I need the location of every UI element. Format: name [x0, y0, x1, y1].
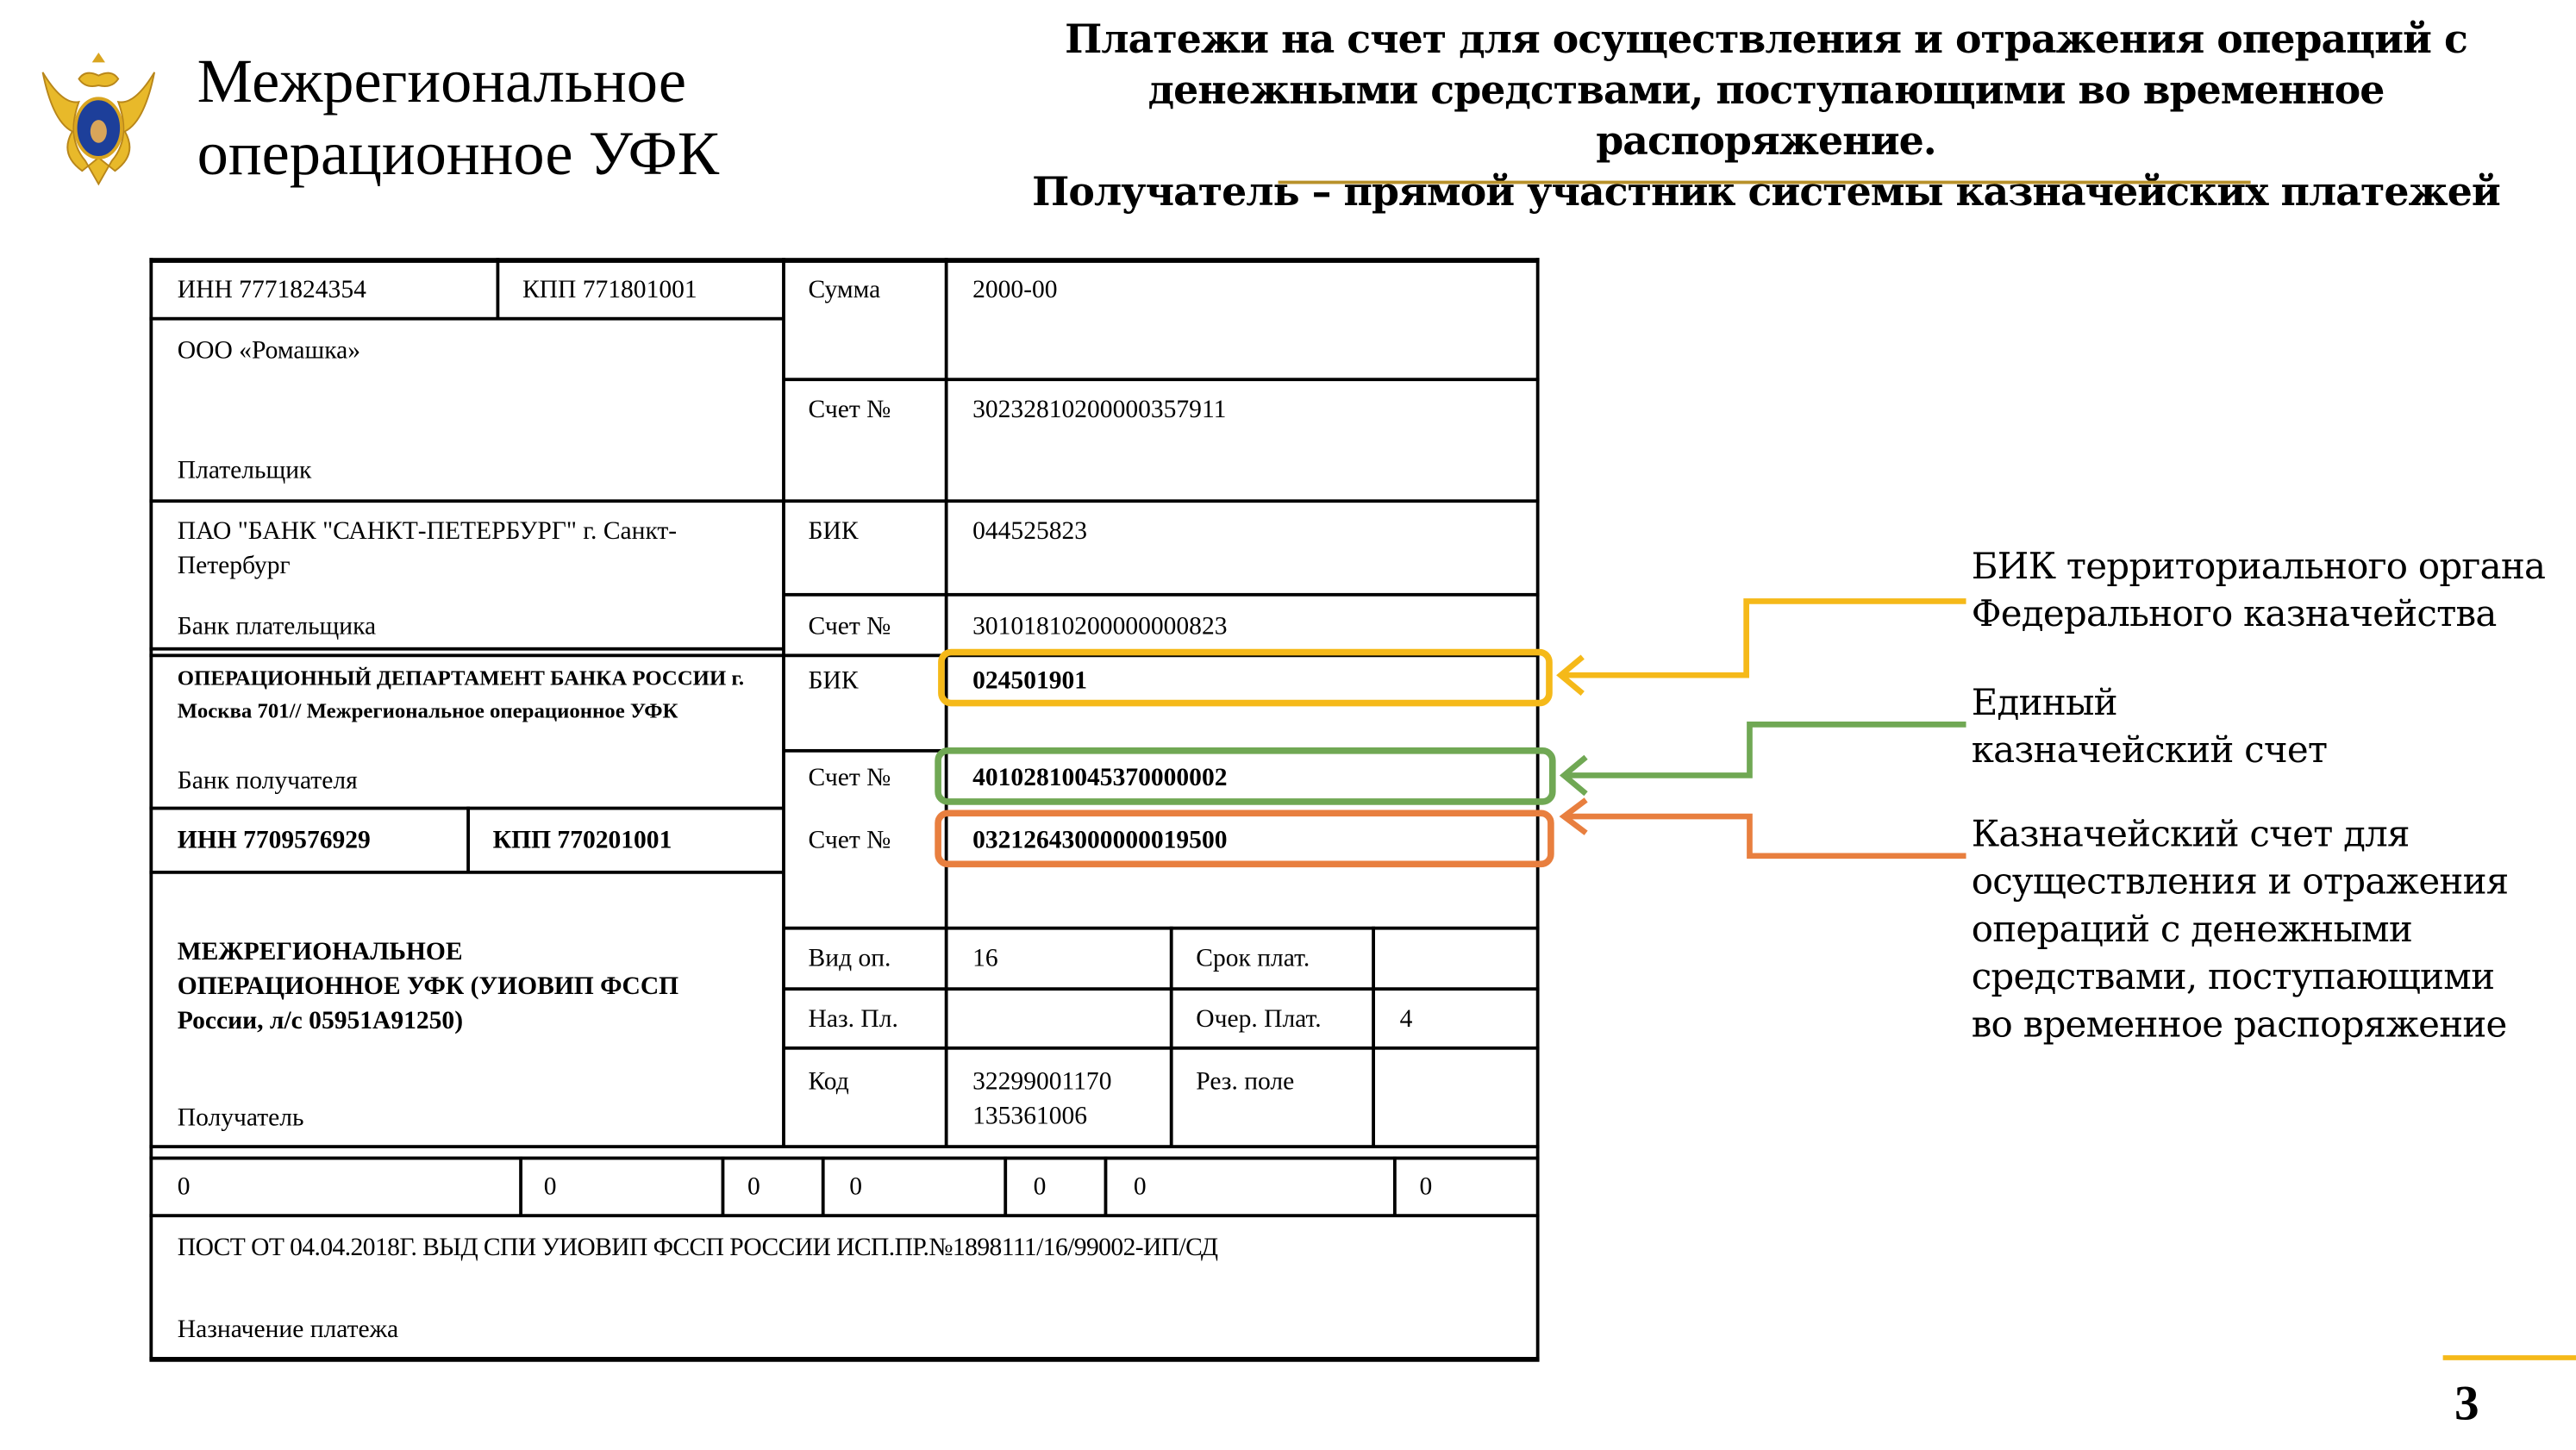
- divider: [1004, 1157, 1007, 1216]
- payee-name: МЕЖРЕГИОНАЛЬНОЕ ОПЕРАЦИОННОЕ УФК (УИОВИП…: [178, 934, 678, 1038]
- org-name-line2: операционное УФК: [197, 118, 719, 191]
- divider: [496, 258, 499, 319]
- tax-field: 0: [1419, 1170, 1432, 1204]
- op-type-label: Вид оп.: [809, 941, 891, 976]
- code-value-line2: 135361006: [972, 1099, 1111, 1134]
- payee-bank-label: Банк получателя: [178, 764, 358, 798]
- code-label: Код: [809, 1065, 849, 1099]
- divider: [784, 1047, 1540, 1050]
- tax-field: 0: [849, 1170, 862, 1204]
- slide: Межрегиональное операционное УФК Платежи…: [0, 0, 2576, 1449]
- page-number-rule: [2443, 1355, 2576, 1360]
- payer-corr-value: 30101810200000000823: [972, 609, 1227, 644]
- code-value-line1: 32299001170: [972, 1065, 1111, 1099]
- divider: [1104, 1157, 1108, 1216]
- form-border-left: [149, 258, 153, 1360]
- payee-name-line1: МЕЖРЕГИОНАЛЬНОЕ: [178, 934, 678, 969]
- highlight-ekc-account: [935, 747, 1555, 805]
- payee-bank-name-line1: ОПЕРАЦИОННЫЙ ДЕПАРТАМЕНТ БАНКА РОССИИ г.: [178, 662, 744, 695]
- highlight-treasury-account: [935, 809, 1554, 867]
- payee-kpp: КПП 770201001: [493, 823, 672, 858]
- priority-label: Очер. Плат.: [1196, 1002, 1321, 1036]
- due-label: Срок плат.: [1196, 941, 1310, 976]
- title-line3: Получатель – прямой участник системы каз…: [985, 166, 2546, 216]
- slide-title: Платежи на счет для осуществления и отра…: [985, 13, 2546, 216]
- payee-bank-name: ОПЕРАЦИОННЫЙ ДЕПАРТАМЕНТ БАНКА РОССИИ г.…: [178, 662, 744, 728]
- purpose-label: Назначение платежа: [178, 1313, 398, 1347]
- tax-field: 0: [747, 1170, 760, 1204]
- arrow-treasury-connector: [1567, 816, 1963, 856]
- organization-name: Межрегиональное операционное УФК: [197, 46, 719, 191]
- tax-field: 0: [544, 1170, 557, 1204]
- payer-kpp: КПП 771801001: [522, 272, 697, 307]
- payer-bank-name-line1: ПАО "БАНК "САНКТ-ПЕТЕРБУРГ" г. Санкт-: [178, 514, 677, 548]
- payer-name: ООО «Ромашка»: [178, 334, 360, 368]
- divider: [784, 378, 1540, 381]
- payee-account-label: Счет №: [809, 823, 891, 858]
- payee-ekc-label: Счет №: [809, 760, 891, 795]
- arrow-ekc-connector: [1567, 724, 1963, 775]
- payer-bik-value: 044525823: [972, 514, 1087, 548]
- code-value: 32299001170 135361006: [972, 1065, 1111, 1134]
- sum-value: 2000-00: [972, 272, 1057, 307]
- divider: [1170, 927, 1173, 1147]
- purpose-text: ПОСТ ОТ 04.04.2018Г. ВЫД СПИ УИОВИП ФССП…: [178, 1230, 1218, 1265]
- tax-field: 0: [1034, 1170, 1047, 1204]
- annotation-ekc: Единый казначейский счет: [1972, 680, 2328, 776]
- divider: [149, 317, 784, 321]
- annotation-treasury-line5: во временное распоряжение: [1972, 1002, 2509, 1049]
- annotation-bik: БИК территориального органа Федерального…: [1972, 544, 2546, 640]
- payee-inn: ИНН 7709576929: [178, 823, 371, 858]
- annotation-ekc-line2: казначейский счет: [1972, 728, 2328, 775]
- divider: [149, 1157, 1539, 1160]
- divider: [822, 1157, 825, 1216]
- annotation-ekc-line1: Единый: [1972, 680, 2328, 728]
- payee-label: Получатель: [178, 1101, 304, 1135]
- title-underline: [1279, 181, 2251, 184]
- form-border-top: [149, 258, 1539, 263]
- form-border-bottom: [149, 1357, 1539, 1362]
- divider: [782, 258, 785, 1147]
- annotation-treasury-line4: средствами, поступающими: [1972, 954, 2509, 1002]
- annotation-treasury-line2: осуществления и отражения: [1972, 859, 2509, 907]
- divider: [519, 1157, 522, 1216]
- divider: [149, 1145, 1539, 1148]
- payer-account-label: Счет №: [809, 392, 891, 427]
- payer-label: Плательщик: [178, 453, 312, 488]
- tax-field: 0: [1134, 1170, 1147, 1204]
- title-line2: денежными средствами, поступающими во вр…: [985, 64, 2546, 166]
- page-number: 3: [2454, 1377, 2479, 1433]
- connector-arrows: [1544, 559, 1971, 887]
- divider: [149, 647, 784, 651]
- payer-bik-label: БИК: [809, 514, 859, 548]
- divider: [784, 987, 1540, 991]
- sum-label: Сумма: [809, 272, 881, 307]
- purpose-code-label: Наз. Пл.: [809, 1002, 898, 1036]
- arrow-bik-connector: [1564, 601, 1963, 675]
- tax-field: 0: [178, 1170, 191, 1204]
- payer-corr-label: Счет №: [809, 609, 891, 644]
- payer-account-value: 30232810200000357911: [972, 392, 1226, 427]
- payee-name-line3: России, л/с 05951А91250): [178, 1003, 678, 1038]
- op-type-value: 16: [972, 941, 998, 976]
- annotation-treasury-account: Казначейский счет для осуществления и от…: [1972, 811, 2509, 1049]
- reserve-label: Рез. поле: [1196, 1065, 1294, 1099]
- payer-inn: ИНН 7771824354: [178, 272, 366, 307]
- annotation-treasury-line3: операций с денежными: [1972, 907, 2509, 954]
- divider: [784, 927, 1540, 930]
- title-line1: Платежи на счет для осуществления и отра…: [985, 13, 2546, 64]
- divider: [784, 593, 1540, 597]
- divider: [1372, 927, 1375, 1147]
- highlight-payee-bik: [938, 649, 1553, 707]
- org-name-line1: Межрегиональное: [197, 46, 719, 118]
- double-headed-eagle-emblem-icon: [29, 40, 167, 191]
- payee-bank-name-line2: Москва 701// Межрегиональное операционно…: [178, 695, 744, 728]
- annotation-treasury-line1: Казначейский счет для: [1972, 811, 2509, 859]
- divider: [466, 807, 470, 872]
- divider: [149, 1214, 1539, 1217]
- divider: [784, 749, 948, 753]
- priority-value: 4: [1400, 1002, 1413, 1036]
- payee-name-line2: ОПЕРАЦИОННОЕ УФК (УИОВИП ФССП: [178, 969, 678, 1003]
- annotation-bik-line2: Федерального казначейства: [1972, 591, 2546, 639]
- divider: [722, 1157, 725, 1216]
- payee-bik-label: БИК: [809, 664, 859, 698]
- divider: [1393, 1157, 1397, 1216]
- divider: [149, 499, 1539, 503]
- payer-bank-name-line2: Петербург: [178, 548, 677, 583]
- payer-bank-name: ПАО "БАНК "САНКТ-ПЕТЕРБУРГ" г. Санкт- Пе…: [178, 514, 677, 583]
- payer-bank-label: Банк плательщика: [178, 609, 376, 644]
- annotation-bik-line1: БИК территориального органа: [1972, 544, 2546, 591]
